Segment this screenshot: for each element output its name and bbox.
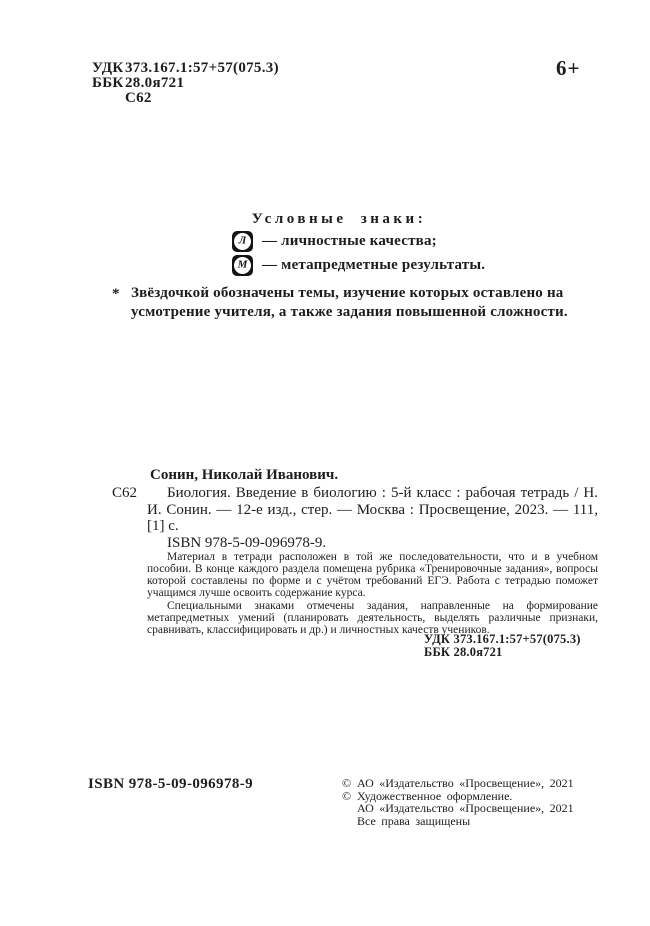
margin-author-sign: С62 <box>112 485 137 502</box>
asterisk-marker: * <box>112 285 120 304</box>
asterisk-note-text: Звёздочкой обозначены темы, изучение кот… <box>112 284 598 321</box>
author-sign: С62 <box>125 91 152 106</box>
bbk-bottom: ББК 28.0я721 <box>424 646 581 659</box>
bbk-value: 28.0я721 <box>125 76 184 91</box>
copyright-line: Все права защищены <box>342 815 574 828</box>
age-rating-badge: 6+ <box>556 56 580 81</box>
isbn-footer: ISBN 978-5-09-096978-9 <box>88 776 253 793</box>
personal-qualities-icon-circle: Л <box>234 233 251 250</box>
copyright-block: © АО «Издательство «Просвещение», 2021 ©… <box>342 777 574 827</box>
annotation: Материал в тетради расположен в той же п… <box>147 551 598 636</box>
copyright-sign: © <box>342 777 351 790</box>
legend-item-personal: Л — личностные качества; <box>232 231 437 252</box>
asterisk-note: * Звёздочкой обозначены темы, изучение к… <box>112 284 598 321</box>
author-name: Сонин, Николай Иванович. <box>150 467 338 484</box>
metasubject-results-icon-letter: М <box>238 260 248 271</box>
book-imprint-page: УДК 373.167.1:57+57(075.3) ББК 28.0я721 … <box>0 0 650 926</box>
copyright-sign: © <box>342 790 351 803</box>
udk-row: УДК 373.167.1:57+57(075.3) <box>92 61 279 76</box>
bibliographic-description: Биология. Введение в биологию : 5-й клас… <box>147 485 598 535</box>
personal-qualities-icon: Л <box>232 231 253 252</box>
bbk-label: ББК <box>92 76 125 91</box>
legend-item-metasubject-label: — метапредметные результаты. <box>262 257 485 274</box>
personal-qualities-icon-letter: Л <box>239 236 247 247</box>
annotation-paragraph-2: Специальными знаками отмечены задания, н… <box>147 600 598 636</box>
udk-label: УДК <box>92 61 125 76</box>
udk-bottom: УДК 373.167.1:57+57(075.3) <box>424 633 581 646</box>
author-sign-row: С62 <box>92 91 279 106</box>
legend-item-metasubject: М — метапредметные результаты. <box>232 255 485 276</box>
metasubject-results-icon: М <box>232 255 253 276</box>
metasubject-results-icon-circle: М <box>234 257 251 274</box>
classification-codes-bottom: УДК 373.167.1:57+57(075.3) ББК 28.0я721 <box>424 633 581 659</box>
annotation-paragraph-1: Материал в тетради расположен в той же п… <box>147 551 598 600</box>
classification-codes: УДК 373.167.1:57+57(075.3) ББК 28.0я721 … <box>92 61 279 107</box>
bbk-row: ББК 28.0я721 <box>92 76 279 91</box>
udk-value: 373.167.1:57+57(075.3) <box>125 61 279 76</box>
isbn-imprint: ISBN 978-5-09-096978-9. <box>147 535 326 552</box>
author-sign-spacer <box>92 91 125 106</box>
legend-title: Условные знаки: <box>0 211 650 228</box>
copyright-text: Все права защищены <box>357 814 470 828</box>
legend-item-personal-label: — личностные качества; <box>262 233 437 250</box>
